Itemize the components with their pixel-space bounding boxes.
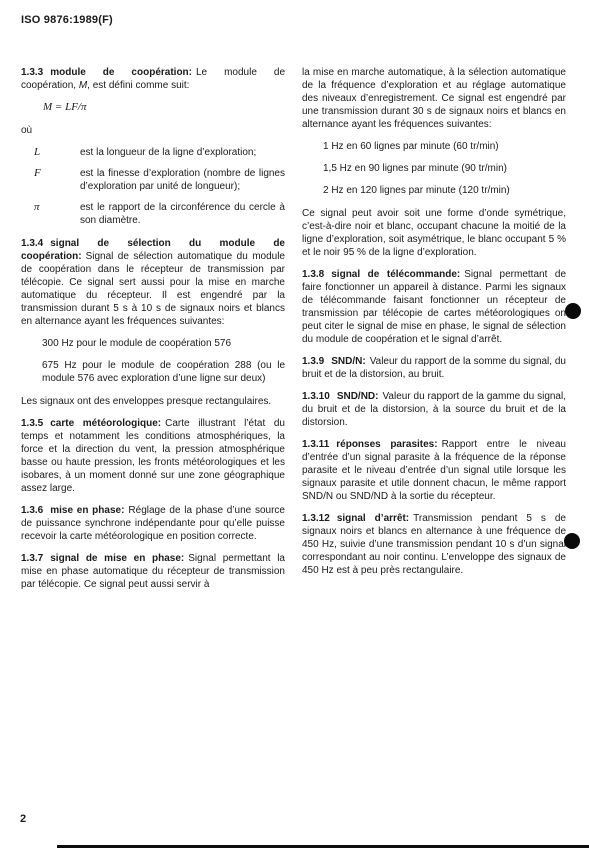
list-item: 300 Hz pour le module de coopération 576: [42, 337, 285, 350]
definition-1-3-3: 1.3.3module de coopération:Le module de …: [21, 66, 285, 92]
variable-definition: est la finesse d’exploration (nombre de …: [80, 167, 285, 193]
variable-symbol: F: [34, 167, 80, 193]
envelope-note: Les signaux ont des enveloppes presque r…: [21, 395, 285, 408]
section-number: 1.3.10: [302, 391, 330, 402]
term-label: SND/ND:: [337, 391, 379, 402]
section-number: 1.3.3: [21, 67, 43, 78]
list-item: 1 Hz en 60 lignes par minute (60 tr/min): [323, 140, 566, 153]
variable-definition: est la longueur de la ligne d’exploratio…: [80, 146, 285, 159]
term-label: signal d’arrêt:: [337, 513, 409, 524]
variable-row: L est la longueur de la ligne d’explorat…: [34, 146, 285, 159]
variable-symbol: L: [34, 146, 80, 159]
term-label: réponses parasites:: [336, 439, 437, 450]
definition-1-3-5: 1.3.5carte météorologique:Carte illustra…: [21, 417, 285, 495]
section-number: 1.3.6: [21, 505, 43, 516]
definition-1-3-12: 1.3.12signal d’arrêt:Transmission pendan…: [302, 512, 566, 577]
term-label: carte météorologique:: [50, 418, 161, 429]
two-column-layout: 1.3.3module de coopération:Le module de …: [21, 66, 566, 600]
variable-row: F est la finesse d’exploration (nombre d…: [34, 167, 285, 193]
math-variable: M: [79, 80, 87, 91]
section-number: 1.3.11: [302, 439, 329, 450]
definition-1-3-10: 1.3.10SND/ND:Valeur du rapport de la gam…: [302, 390, 566, 429]
list-item: 1,5 Hz en 90 lignes par minute (90 tr/mi…: [323, 162, 566, 175]
definition-text: Signal de sélection automatique du modul…: [21, 251, 285, 327]
variable-row: π est le rapport de la circonférence du …: [34, 201, 285, 227]
column-left: 1.3.3module de coopération:Le module de …: [21, 66, 285, 600]
term-label: mise en phase:: [50, 505, 124, 516]
registration-dot-icon: [564, 533, 580, 549]
definition-1-3-4: 1.3.4signal de sélection du module de co…: [21, 237, 285, 328]
continuation-paragraph: la mise en marche automatique, à la séle…: [302, 66, 566, 131]
formula-module-cooperation: M = LF/π: [21, 101, 285, 114]
column-right: la mise en marche automatique, à la séle…: [302, 66, 566, 600]
definition-1-3-8: 1.3.8signal de télécommande:Signal perme…: [302, 268, 566, 346]
definition-1-3-7: 1.3.7signal de mise en phase:Signal perm…: [21, 552, 285, 591]
page-header: ISO 9876:1989(F): [21, 14, 113, 26]
list-item: 2 Hz en 120 lignes par minute (120 tr/mi…: [323, 184, 566, 197]
section-number: 1.3.12: [302, 513, 330, 524]
variable-definition: est le rapport de la circonférence du ce…: [80, 201, 285, 227]
registration-dot-icon: [565, 303, 581, 319]
waveform-paragraph: Ce signal peut avoir soit une forme d’on…: [302, 207, 566, 259]
definition-1-3-6: 1.3.6mise en phase:Réglage de la phase d…: [21, 504, 285, 543]
section-number: 1.3.4: [21, 238, 43, 249]
definition-text: , est défini comme suit:: [87, 80, 189, 91]
section-number: 1.3.5: [21, 418, 43, 429]
document-page: ISO 9876:1989(F) 1.3.3module de coopérat…: [0, 0, 589, 848]
section-number: 1.3.9: [302, 356, 324, 367]
definition-text: Carte illustrant l’état du temps et nota…: [21, 418, 285, 494]
term-label: signal de télécommande:: [331, 269, 460, 280]
variable-symbol: π: [34, 201, 80, 227]
variable-list: L est la longueur de la ligne d’explorat…: [21, 146, 285, 227]
term-label: signal de mise en phase:: [50, 553, 184, 564]
frequency-list: 300 Hz pour le module de coopération 576…: [21, 337, 285, 385]
definition-1-3-9: 1.3.9SND/N:Valeur du rapport de la somme…: [302, 355, 566, 381]
term-label: module de coopération:: [50, 67, 192, 78]
definition-text: Signal permettant de faire fonctionner u…: [302, 269, 566, 345]
frequency-list: 1 Hz en 60 lignes par minute (60 tr/min)…: [302, 140, 566, 197]
list-item: 675 Hz pour le module de coopération 288…: [42, 359, 285, 385]
section-number: 1.3.7: [21, 553, 43, 564]
definition-1-3-11: 1.3.11réponses parasites:Rapport entre l…: [302, 438, 566, 503]
page-number: 2: [20, 813, 26, 825]
term-label: SND/N:: [331, 356, 365, 367]
section-number: 1.3.8: [302, 269, 324, 280]
where-label: où: [21, 124, 285, 137]
